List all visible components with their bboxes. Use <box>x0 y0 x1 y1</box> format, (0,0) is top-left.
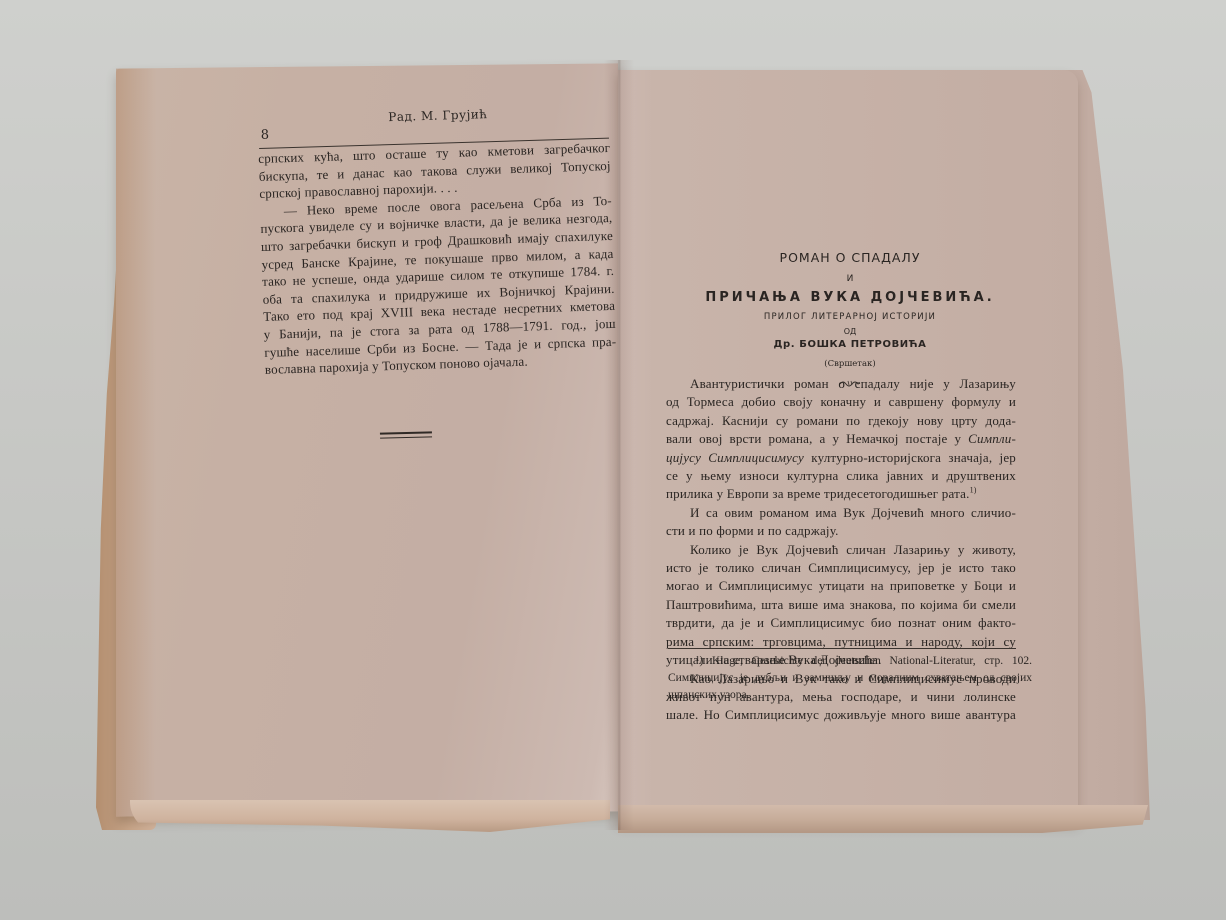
left-page-bottom-edge <box>130 800 610 832</box>
page-number: 8 <box>261 128 270 143</box>
title-main: ПРИЧАЊА ВУКА ДОЈЧЕВИЋА. <box>690 290 1010 305</box>
italic-title: цијусу Симплицисимусу <box>666 450 804 465</box>
title-subtitle: ПРИЛОГ ЛИТЕРАРНОЈ ИСТОРИЈИ <box>690 312 1010 322</box>
title-conjunction: И <box>690 274 1010 284</box>
footnote-rule <box>668 648 1016 649</box>
footnote-ref: 1) <box>970 486 977 495</box>
left-page-body: српских кућа, што осташе ту као кметови … <box>258 139 617 379</box>
right-page-stack-edge <box>618 805 1148 833</box>
footnote-line: Симплицијус је дубљи и замишљу и морални… <box>668 670 1032 687</box>
text-line: Авантуристички роман о спадалу није у Ла… <box>666 375 1016 393</box>
text-line: садржај. Каснији су романи по гдекоју но… <box>666 412 1016 430</box>
text-line: вали овој врсти романа, а у Немачкој пос… <box>666 430 1016 448</box>
text-line: прилика у Европи за време тридесетогодиш… <box>666 485 1016 503</box>
text-line: И са овим романом има Вук Дојчевић много… <box>666 504 1016 522</box>
text-line: цијусу Симплицисимусу културно-историјск… <box>666 449 1016 467</box>
text-line: се у њему износи културна слика јавних и… <box>666 467 1016 485</box>
text-line: исто је толико сличан Симплицисимусу, је… <box>666 559 1016 577</box>
article-title-block: РОМАН О СПАДАЛУ И ПРИЧАЊА ВУКА ДОЈЧЕВИЋА… <box>690 250 1010 390</box>
text-line: Паштровићима, шта више има знакова, по к… <box>666 596 1016 614</box>
text-line: тврдити, да је и Симплицисимус био позна… <box>666 614 1016 632</box>
continuation-note: (Свршетак) <box>690 359 1010 369</box>
footnotes: ¹) Kluge, Geschichte der deutschen Natio… <box>668 653 1032 704</box>
author-name: Др. БОШКА ПЕТРОВИЋА <box>690 339 1010 350</box>
text-line: шале. Но Симплицисимус доживљује много в… <box>666 706 1016 724</box>
italic-title: Симпли- <box>968 431 1016 446</box>
running-title: Рад. М. Грујић <box>388 107 488 124</box>
text-line: сти и по форми и по садржају. <box>666 522 1016 540</box>
text-line: могао и Симплицисимус утицати на припове… <box>666 577 1016 595</box>
text-line: Колико је Вук Дојчевић сличан Лазарињу у… <box>666 541 1016 559</box>
photo-scene: 8 Рад. М. Грујић српских кућа, што осташ… <box>0 0 1226 920</box>
text-line: од Тормеса добио своју коначну и савршен… <box>666 393 1016 411</box>
footnote-line: шпанских узора. <box>668 687 1032 704</box>
footnote-line: ¹) Kluge, Geschichte der deutschen Natio… <box>668 653 1032 670</box>
title-by: ОД <box>690 327 1010 336</box>
title-line-1: РОМАН О СПАДАЛУ <box>690 250 1010 265</box>
